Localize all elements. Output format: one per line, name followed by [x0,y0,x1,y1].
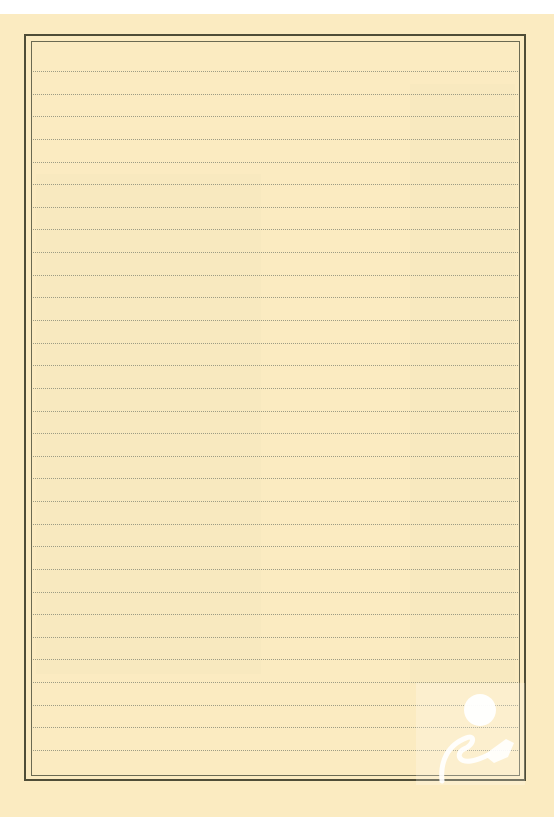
ruled-line [33,524,518,525]
ruled-line [33,207,518,208]
person-reading-icon [416,683,525,785]
ruled-line [33,162,518,163]
ruled-line [33,320,518,321]
ruled-line [33,659,518,660]
ruled-line [33,139,518,140]
ruled-line [33,116,518,117]
ruled-line [33,184,518,185]
ruled-line [33,275,518,276]
ruled-line [33,433,518,434]
ruled-line [33,411,518,412]
ruled-line [33,456,518,457]
ruled-line [33,614,518,615]
ruled-line [33,297,518,298]
ruled-line [33,252,518,253]
ruled-line [33,71,518,72]
ruled-line [33,592,518,593]
ruled-line [33,478,518,479]
ruled-line [33,229,518,230]
ruled-line [33,637,518,638]
ruled-line [33,343,518,344]
ruled-line [33,365,518,366]
watermark [416,683,525,785]
ruled-line [33,501,518,502]
ruled-line [33,569,518,570]
ruled-line [33,94,518,95]
inner-border [31,41,520,776]
ruled-line [33,388,518,389]
ruled-line [33,546,518,547]
